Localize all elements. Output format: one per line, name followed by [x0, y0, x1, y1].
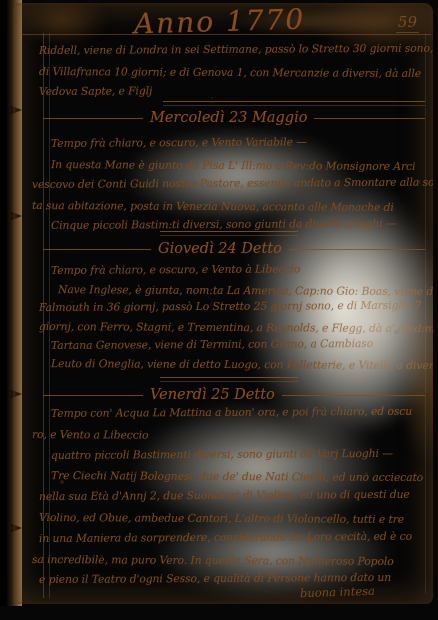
- day-heading: Venerdì 25 Detto: [150, 387, 275, 403]
- manuscript-line: Tartana Genovese, viene di Termini, con …: [39, 334, 429, 355]
- section-separator: [160, 377, 298, 382]
- paper-stain: [17, 3, 107, 45]
- manuscript-line: nella sua Età d'Annj 2, due Suonatori di…: [39, 485, 429, 508]
- heading-dash: [282, 395, 425, 396]
- day-heading: Giovedì 24 Detto: [158, 241, 282, 257]
- manuscript-line: in una Maniera da sorprendere, considera…: [39, 526, 429, 549]
- day-heading-row: Mercoledì 23 Maggio: [43, 110, 425, 126]
- heading-dash: [43, 395, 143, 396]
- section-separator: [160, 231, 298, 236]
- catchword: buona intesa: [300, 584, 375, 601]
- day-entry: Tempo con' Acqua La Mattina a buon' ora,…: [39, 404, 429, 591]
- manuscript-photo: Anno 1770 59 Riddell, viene di Londra in…: [0, 0, 438, 620]
- manuscript-line: Vedova Sapte, e Figlj: [39, 80, 429, 103]
- day-heading-row: Giovedì 24 Detto: [43, 241, 425, 257]
- manuscript-line: Riddell, viene di Londra in sei Settiman…: [39, 39, 429, 62]
- foxing-specks: [13, 3, 15, 5]
- manuscript-line: vescovo dei Conti Guidi nostro Pastore, …: [32, 173, 429, 196]
- manuscript-line: Leuto di Oneglia, viene di detto Luogo, …: [39, 355, 429, 376]
- heading-dash: [289, 249, 425, 250]
- year-title: Anno 1770: [133, 3, 305, 40]
- heading-dash: [314, 118, 425, 119]
- day-entry: Tempo frà chiaro, e oscuro, e Vento à Li…: [39, 262, 429, 374]
- heading-dash: [43, 249, 151, 250]
- manuscript-line: Tempo con' Acqua La Mattina a buon' ora,…: [39, 402, 429, 425]
- day-heading: Mercoledì 23 Maggio: [150, 110, 307, 126]
- manuscript-page: Anno 1770 59 Riddell, viene di Londra in…: [13, 3, 433, 604]
- page-number: 59: [396, 13, 419, 33]
- day-entry: Tempo frà chiaro, e oscuro, e Vento Vari…: [39, 134, 429, 237]
- manuscript-line: Falmouth in 36 giornj, passò Lo Stretto …: [39, 297, 429, 318]
- entry-continuation: Riddell, viene di Londra in sei Settiman…: [39, 41, 429, 103]
- manuscript-line: Tempo frà chiaro, e oscuro, e Vento à Li…: [39, 260, 429, 281]
- manuscript-line: quattro piccoli Bastimenti diversi, sono…: [39, 443, 429, 466]
- manuscript-line: Tempo frà chiaro, e oscuro, e Vento Vari…: [39, 132, 429, 155]
- day-heading-row: Venerdì 25 Detto: [43, 387, 425, 403]
- section-separator: [163, 101, 425, 106]
- heading-dash: [43, 118, 143, 119]
